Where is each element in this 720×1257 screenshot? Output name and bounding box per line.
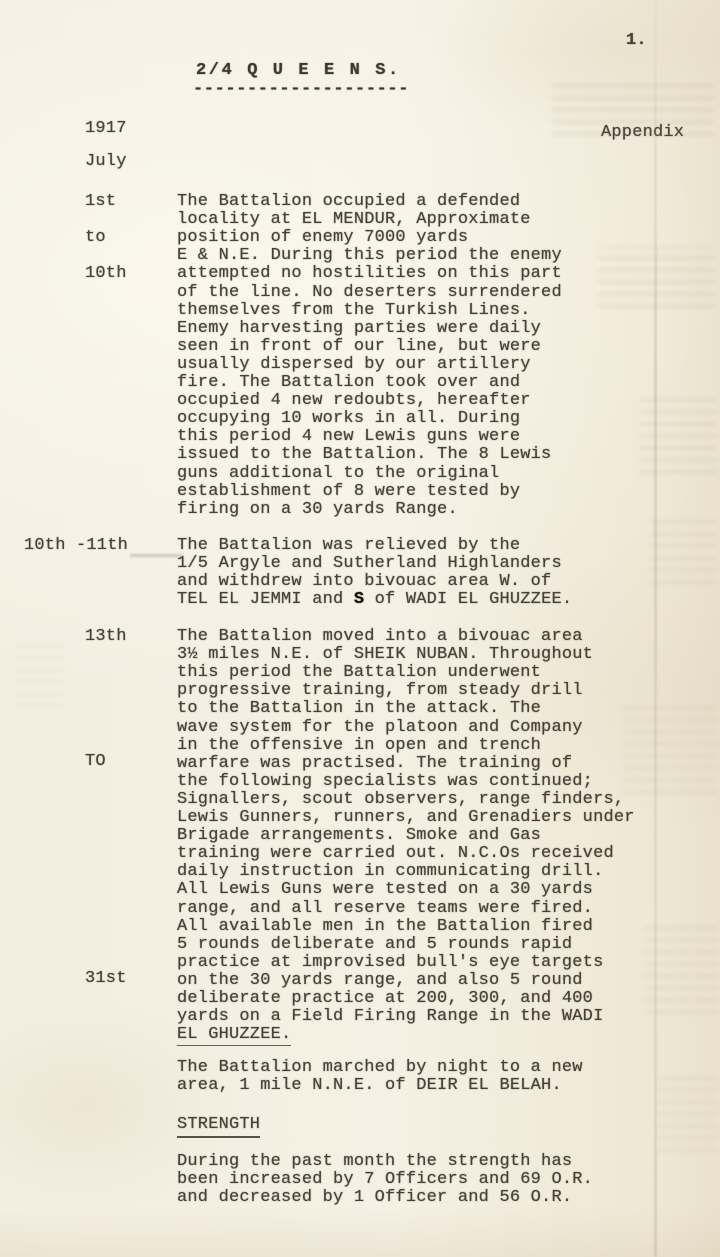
entry-line: deliberate practice at 200, 300, and 400: [177, 990, 593, 1008]
entry-line: Brigade arrangements. Smoke and Gas: [177, 827, 541, 845]
entry-line: in the offensive in open and trench: [177, 737, 541, 755]
entry-line: occupying 10 works in all. During: [177, 410, 520, 428]
entry-line: training were carried out. N.C.Os receiv…: [177, 845, 614, 863]
entry-line: establishment of 8 were tested by: [177, 483, 520, 501]
entry-line: guns additional to the original: [177, 465, 499, 483]
entry-line: warfare was practised. The training of: [177, 755, 572, 773]
entry-line: Enemy harvesting parties were daily: [177, 320, 541, 338]
date-label: 10th: [85, 265, 127, 283]
ink-smear: [130, 554, 182, 557]
bleed-through-mark: [658, 1076, 716, 1152]
appendix-label: Appendix: [601, 124, 684, 142]
entry-line: of the line. No deserters surrendered: [177, 284, 562, 302]
entry-line: E & N.E. During this period the enemy: [177, 247, 562, 265]
strength-line: been increased by 7 Officers and 69 O.R.: [177, 1171, 593, 1189]
entry-line: wave system for the platoon and Company: [177, 719, 583, 737]
entry-line: practice at improvised bull's eye target…: [177, 954, 603, 972]
entry-line: on the 30 yards range, and also 5 round: [177, 972, 583, 990]
entry-line: All available men in the Battalion fired: [177, 918, 593, 936]
entry-line: The Battalion moved into a bivouac area: [177, 628, 583, 646]
war-diary-page: { "page": { "number": "1.", "title": "2/…: [0, 0, 720, 1257]
entry-line: progressive training, from steady drill: [177, 682, 583, 700]
entry-line: this period 4 new Lewis guns were: [177, 428, 520, 446]
entry-line: Lewis Gunners, runners, and Grenadiers u…: [177, 809, 635, 827]
entry-line: attempted no hostilities on this part: [177, 265, 562, 283]
entry-line: daily instruction in communicating drill…: [177, 863, 603, 881]
entry-line: TEL EL JEMMI and S of WADI EL GHUZZEE.: [177, 591, 572, 609]
year-label: 1917: [85, 120, 127, 138]
date-label: 10th -11th: [24, 537, 128, 555]
entry-line: position of enemy 7000 yards: [177, 229, 468, 247]
paper-crease: [654, 0, 657, 1257]
page-number: 1.: [626, 32, 647, 50]
entry-line: EL GHUZZEE.: [177, 1026, 291, 1046]
strength-heading: STRENGTH: [177, 1116, 260, 1138]
date-label: to: [85, 229, 106, 247]
entry-line: the following specialists was continued;: [177, 773, 593, 791]
entry-line: themselves from the Turkish Lines.: [177, 302, 531, 320]
entry-line: seen in front of our line, but were: [177, 338, 541, 356]
entry-line: Signallers, scout observers, range finde…: [177, 791, 624, 809]
entry-line: to the Battalion in the attack. The: [177, 700, 541, 718]
entry-line: The Battalion was relieved by the: [177, 537, 520, 555]
entry-line: and withdrew into bivouac area W. of: [177, 573, 551, 591]
entry-line: The Battalion marched by night to a new: [177, 1059, 583, 1077]
entry-line: yards on a Field Firing Range in the WAD…: [177, 1008, 603, 1026]
bleed-through-mark: [645, 926, 717, 1014]
document-title: 2/4 Q U E E N S.: [196, 62, 401, 80]
entry-line: 1/5 Argyle and Sutherland Highlanders: [177, 555, 562, 573]
strength-line: and decreased by 1 Officer and 56 O.R.: [177, 1189, 572, 1207]
entry-line: area, 1 mile N.N.E. of DEIR EL BELAH.: [177, 1077, 562, 1095]
entry-line: All Lewis Guns were tested on a 30 yards: [177, 881, 593, 899]
month-label: July: [85, 153, 127, 171]
entry-line: fire. The Battalion took over and: [177, 374, 520, 392]
date-label: TO: [85, 753, 106, 771]
bleed-through-mark: [640, 396, 716, 474]
date-label: 31st: [85, 970, 127, 988]
date-label: 13th: [85, 628, 127, 646]
entry-line: The Battalion occupied a defended: [177, 193, 520, 211]
bleed-through-mark: [650, 518, 716, 584]
entry-line: issued to the Battalion. The 8 Lewis: [177, 446, 551, 464]
entry-line: 3½ miles N.E. of SHEIK NUBAN. Throughout: [177, 646, 593, 664]
entry-line: usually dispersed by our artillery: [177, 356, 531, 374]
date-label: 1st: [85, 193, 116, 211]
entry-line: this period the Battalion underwent: [177, 664, 541, 682]
bleed-through-mark: [598, 246, 714, 308]
entry-line: 5 rounds deliberate and 5 rounds rapid: [177, 936, 572, 954]
strength-line: During the past month the strength has: [177, 1153, 572, 1171]
entry-line: range, and all reserve teams were fired.: [177, 900, 593, 918]
entry-line: locality at EL MENDUR, Approximate: [177, 211, 531, 229]
title-underline: --------------------: [193, 81, 409, 99]
bleed-through-mark: [622, 700, 716, 794]
entry-line: firing on a 30 yards Range.: [177, 501, 458, 519]
entry-line: occupied 4 new redoubts, hereafter: [177, 392, 531, 410]
bleed-through-mark: [16, 636, 64, 708]
handwritten-correction-s: S: [354, 590, 364, 609]
